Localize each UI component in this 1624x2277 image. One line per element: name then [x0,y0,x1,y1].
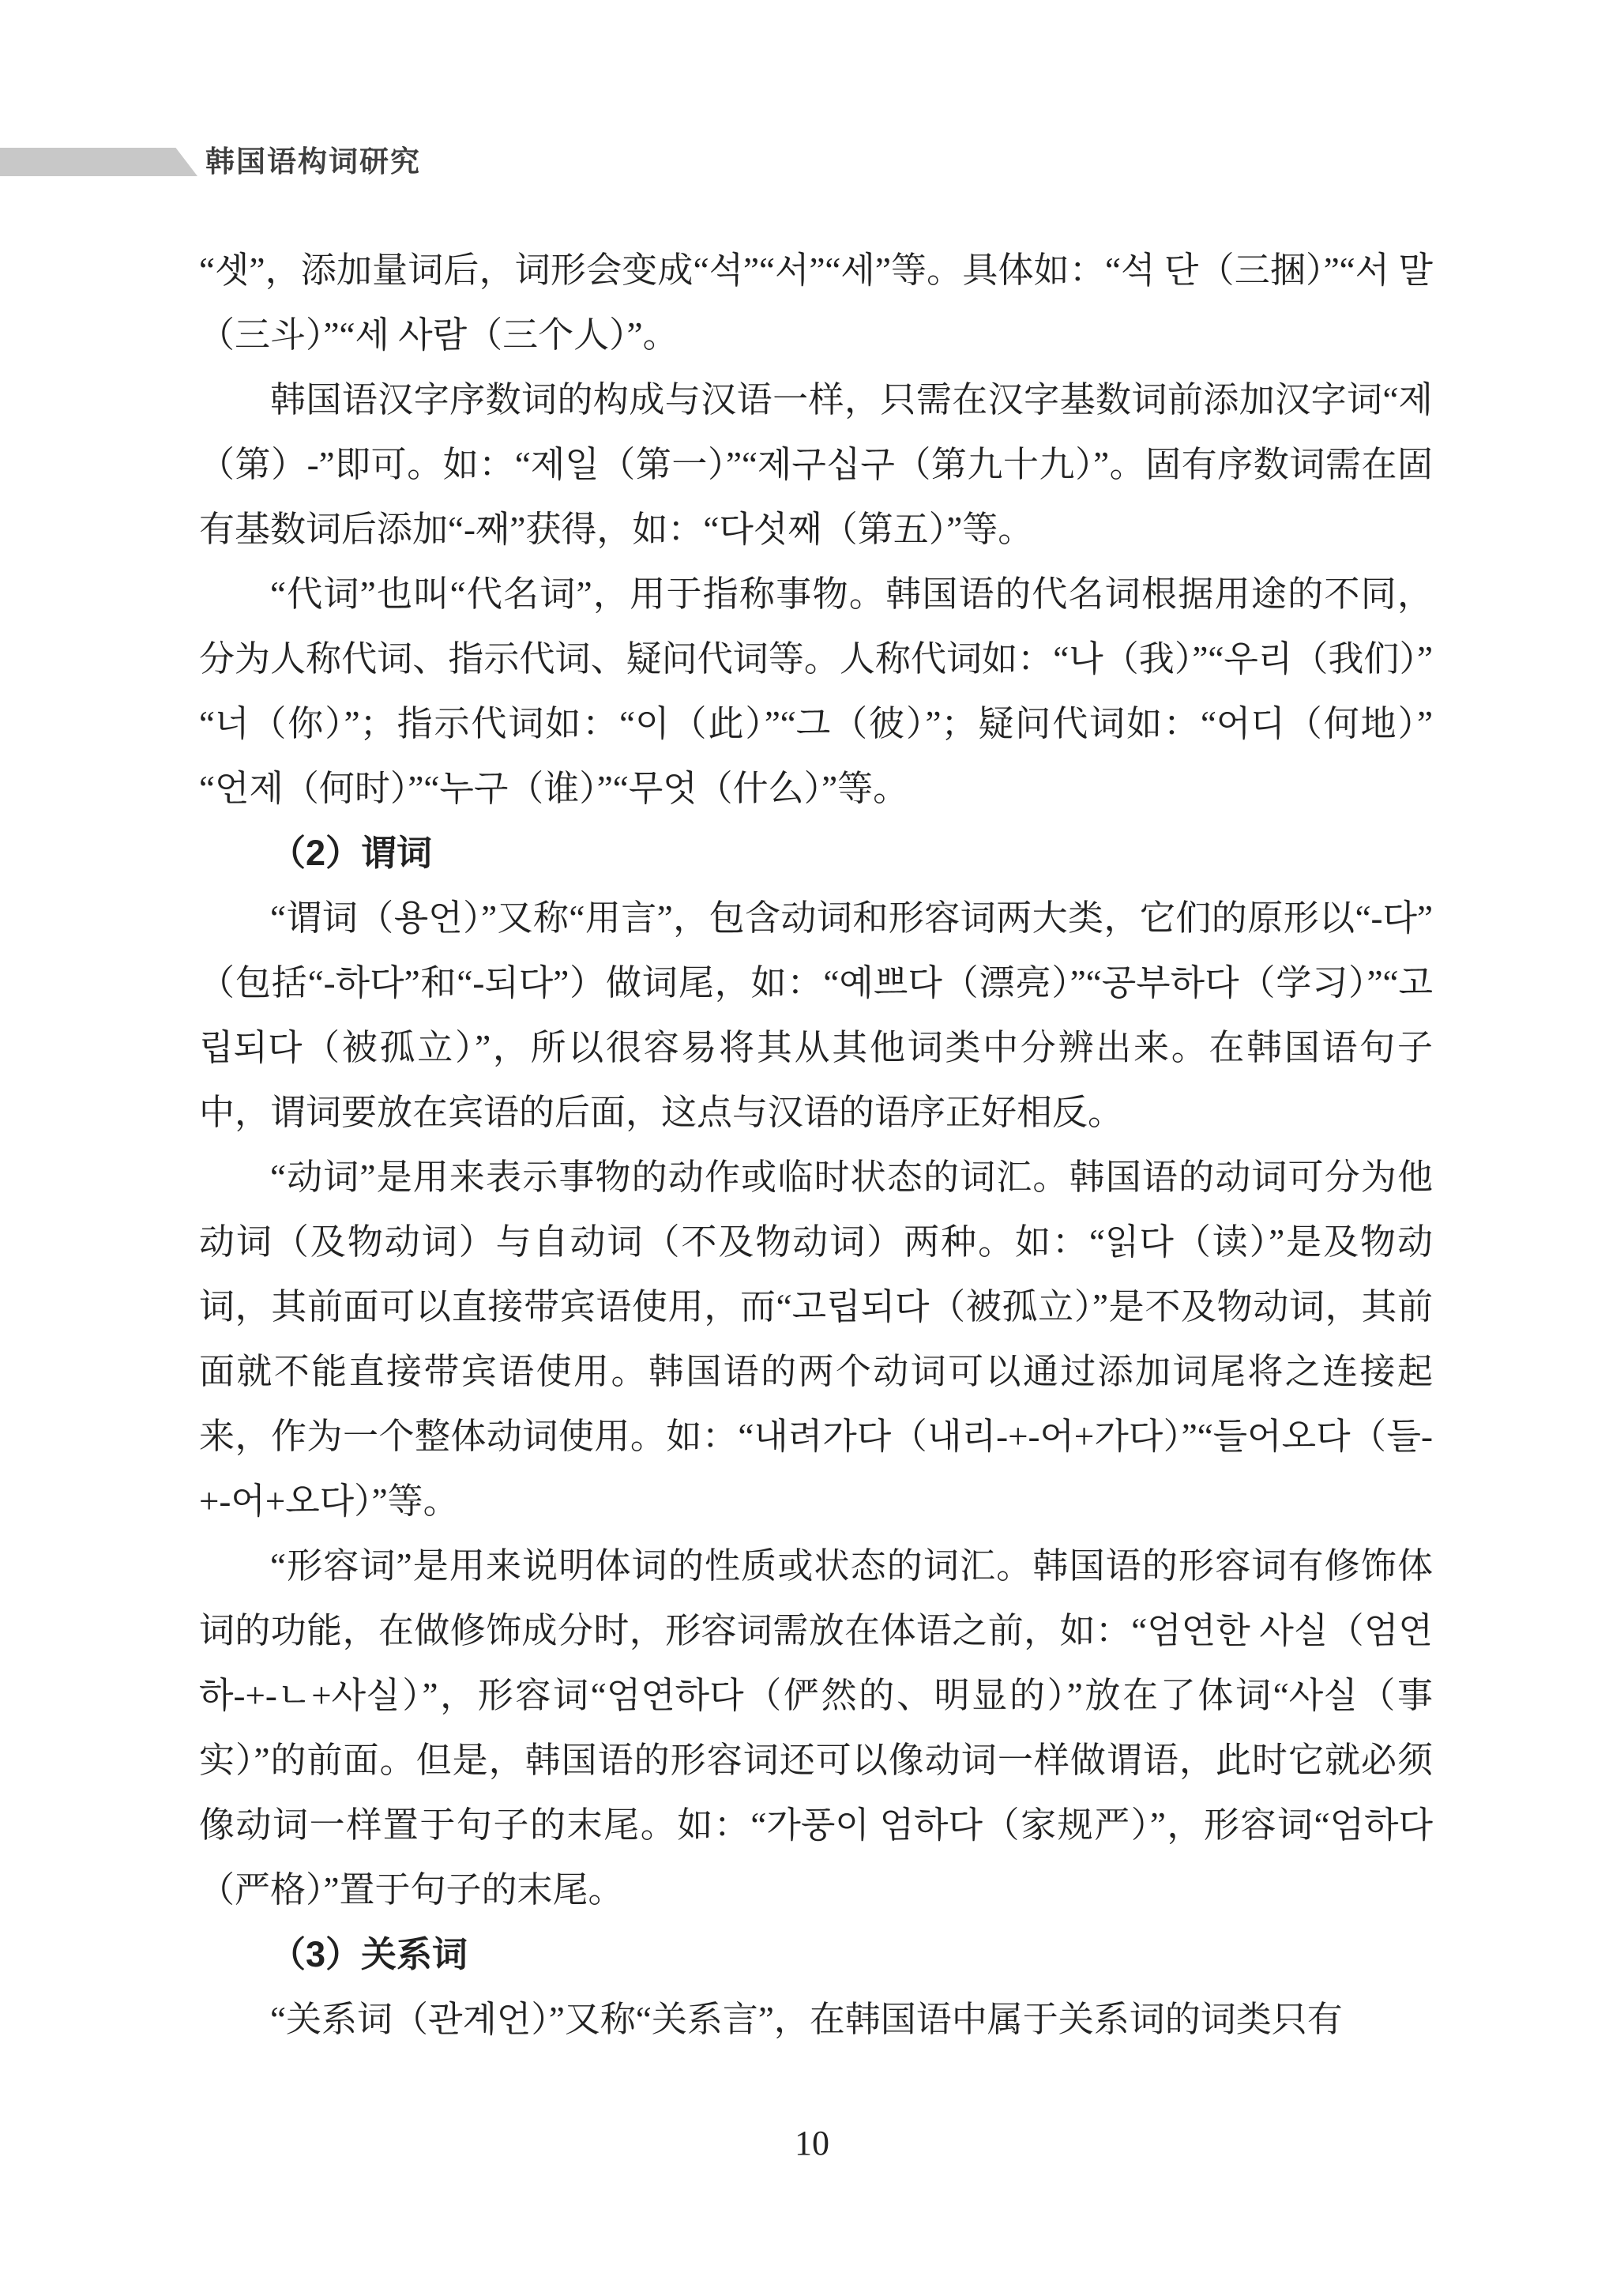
paragraph: “形容词”是用来说明体词的性质或状态的词汇。韩国语的形容词有修饰体词的功能，在做… [199,1534,1433,1922]
running-head-title: 韩国语构词研究 [205,147,421,177]
page-number: 10 [0,2124,1624,2163]
header-decoration-bar [0,148,197,176]
paragraph: “代词”也叫“代名词”，用于指称事物。韩国语的代名词根据用途的不同，分为人称代词… [199,562,1433,821]
section-heading: （2）谓词 [199,821,1433,886]
section-heading: （3）关系词 [199,1922,1433,1987]
page-body: “셋”，添加量词后，词形会变成“석”“서”“세”等。具体如：“석 단（三捆）”“… [199,238,1433,2052]
paragraph: 韩国语汉字序数词的构成与汉语一样，只需在汉字基数词前添加汉字词“제（第）-”即可… [199,367,1433,562]
paragraph: “谓词（용언）”又称“用言”，包含动词和形容词两大类，它们的原形以“-다”（包括… [199,886,1433,1145]
page-header: 韩国语构词研究 [0,0,1624,205]
paragraph: “关系词（관계언）”又称“关系言”，在韩国语中属于关系词的词类只有 [199,1987,1433,2052]
paragraph: “动词”是用来表示事物的动作或临时状态的词汇。韩国语的动词可分为他动词（及物动词… [199,1145,1433,1534]
paragraph: “셋”，添加量词后，词形会变成“석”“서”“세”等。具体如：“석 단（三捆）”“… [199,238,1433,367]
book-page: 韩国语构词研究 “셋”，添加量词后，词形会变成“석”“서”“세”等。具体如：“석… [0,0,1624,2277]
